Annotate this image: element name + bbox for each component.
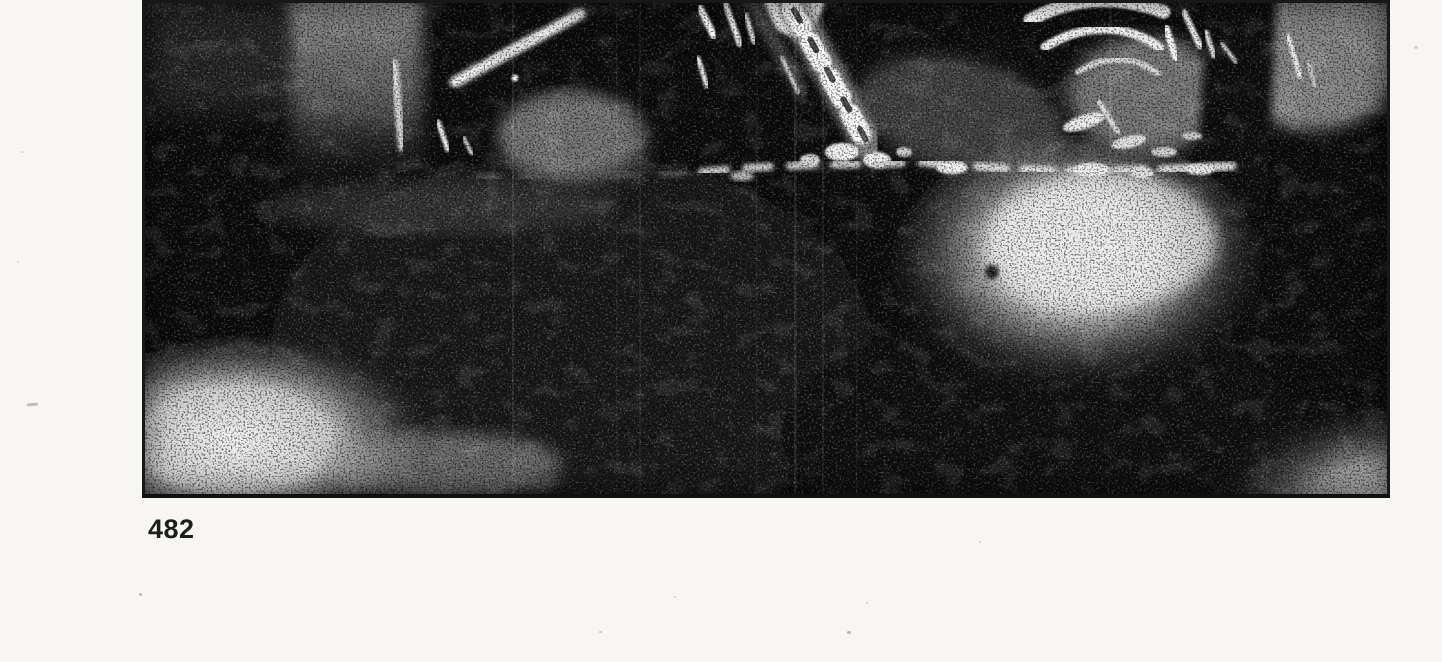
scan-speck xyxy=(979,541,981,543)
scan-speck xyxy=(1414,46,1418,49)
halftone-photograph xyxy=(142,0,1390,498)
scan-speck xyxy=(139,593,142,596)
page-number: 482 xyxy=(148,514,195,545)
scan-speck xyxy=(21,151,24,153)
scanned-book-page: 482 xyxy=(0,0,1442,662)
scan-speck xyxy=(847,631,851,634)
scan-speck xyxy=(674,596,676,598)
film-grain xyxy=(142,0,1390,498)
scan-speck xyxy=(17,261,19,263)
photograph-art xyxy=(142,0,1390,498)
scan-speck xyxy=(866,602,868,604)
scan-speck xyxy=(599,631,602,633)
margin-scan-mark xyxy=(27,402,38,406)
